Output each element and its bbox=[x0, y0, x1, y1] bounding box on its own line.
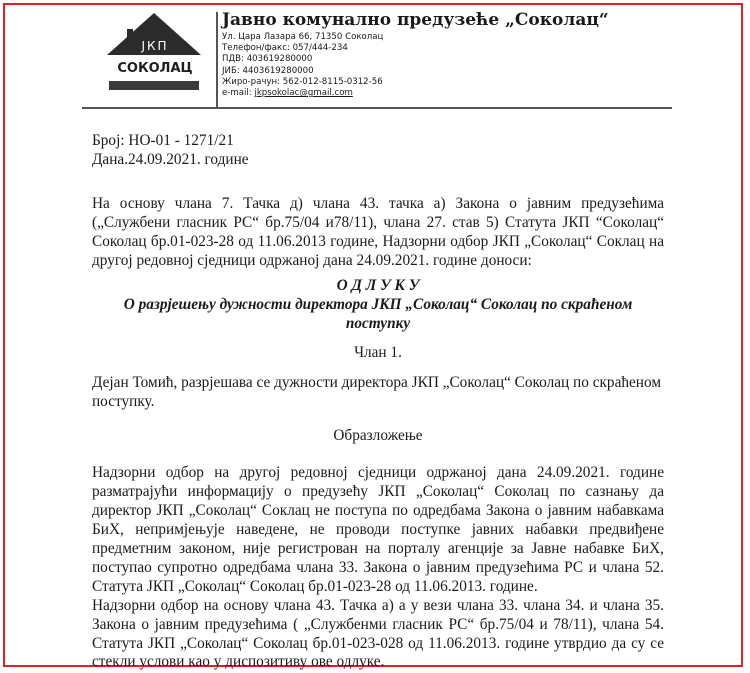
reasoning-line: БиХ, непримјењује наведене, не проводи п… bbox=[92, 521, 664, 539]
decision-subtitle: О разрјешењу дужности директора ЈКП „Сок… bbox=[92, 296, 664, 314]
bank-account: Жиро-рачун: 562-012-8115-0312-56 bbox=[222, 77, 383, 88]
document-date: Дана.24.09.2021. године bbox=[92, 151, 249, 169]
company-name: Јавно комунално предузеће „Соколац“ bbox=[222, 10, 609, 30]
company-contacts: Ул. Цара Лазара 66, 71350 Соколац Телефо… bbox=[222, 32, 383, 99]
decision-title: О Д Л У К У bbox=[92, 277, 664, 295]
reasoning-line: стекли услови као у диспозитиву ове одлу… bbox=[92, 653, 384, 671]
company-logo: JКП СОКОЛАЦ bbox=[107, 13, 203, 93]
preamble-line: На основу члана 7. Тачка д) члана 43. та… bbox=[92, 195, 664, 213]
preamble-line: другој редовној сједници одржаној дана 2… bbox=[92, 252, 532, 270]
id-number: ЈИБ: 4403619280000 bbox=[222, 66, 383, 77]
header-divider bbox=[216, 12, 218, 108]
reasoning-line: Закона о јавним предузећима ( „Службенми… bbox=[92, 616, 664, 634]
reasoning-line: Статута ЈКП „Соколац“ Соколац бр.01-023-… bbox=[92, 578, 538, 596]
logo-bar bbox=[109, 81, 199, 90]
email-link[interactable]: jkpsokolac@gmail.com bbox=[254, 88, 352, 98]
email-label: e-mail: bbox=[222, 88, 254, 98]
article-text: Дејан Томић, разрјешава се дужности дире… bbox=[92, 374, 661, 392]
address: Ул. Цара Лазара 66, 71350 Соколац bbox=[222, 32, 383, 43]
reasoning-line: Надзорни одбор на основу члана 43. Тачка… bbox=[92, 597, 664, 615]
preamble-line: Соколац бр.01-023-28 од 11.06.2013 годин… bbox=[92, 233, 664, 251]
reasoning-line: предметним законом, није регистрован на … bbox=[92, 540, 664, 558]
document-number: Број: НО-01 - 1271/21 bbox=[92, 132, 234, 150]
reasoning-line: разматрајући информацију о предузећу ЈКП… bbox=[92, 483, 664, 501]
header-rule bbox=[82, 107, 672, 109]
article-heading: Члан 1. bbox=[92, 344, 664, 362]
preamble-line: („Службени гласник РС“ бр.75/04 и78/11),… bbox=[92, 214, 664, 232]
reasoning-line: Статута ЈКП „Соколац“ Соколац бр.01-023-… bbox=[92, 635, 664, 653]
reasoning-line: Надзорни одбор на другој редовној сједни… bbox=[92, 464, 664, 482]
decision-subtitle: поступку bbox=[92, 315, 664, 333]
reasoning-line: поступао супротно одредбама члана 33. За… bbox=[92, 559, 664, 577]
phone-fax: Телефон/факс: 057/444-234 bbox=[222, 43, 383, 54]
reasoning-line: директор ЈКП „Соколац“ Соклац не поступа… bbox=[92, 502, 664, 520]
logo-name: СОКОЛАЦ bbox=[107, 62, 203, 76]
reasoning-heading: Образложење bbox=[92, 427, 664, 445]
article-text: поступку. bbox=[92, 393, 154, 411]
logo-initials: JКП bbox=[133, 39, 177, 53]
email-row: e-mail: jkpsokolac@gmail.com bbox=[222, 88, 383, 99]
vat-number: ПДВ: 403619280000 bbox=[222, 54, 383, 65]
